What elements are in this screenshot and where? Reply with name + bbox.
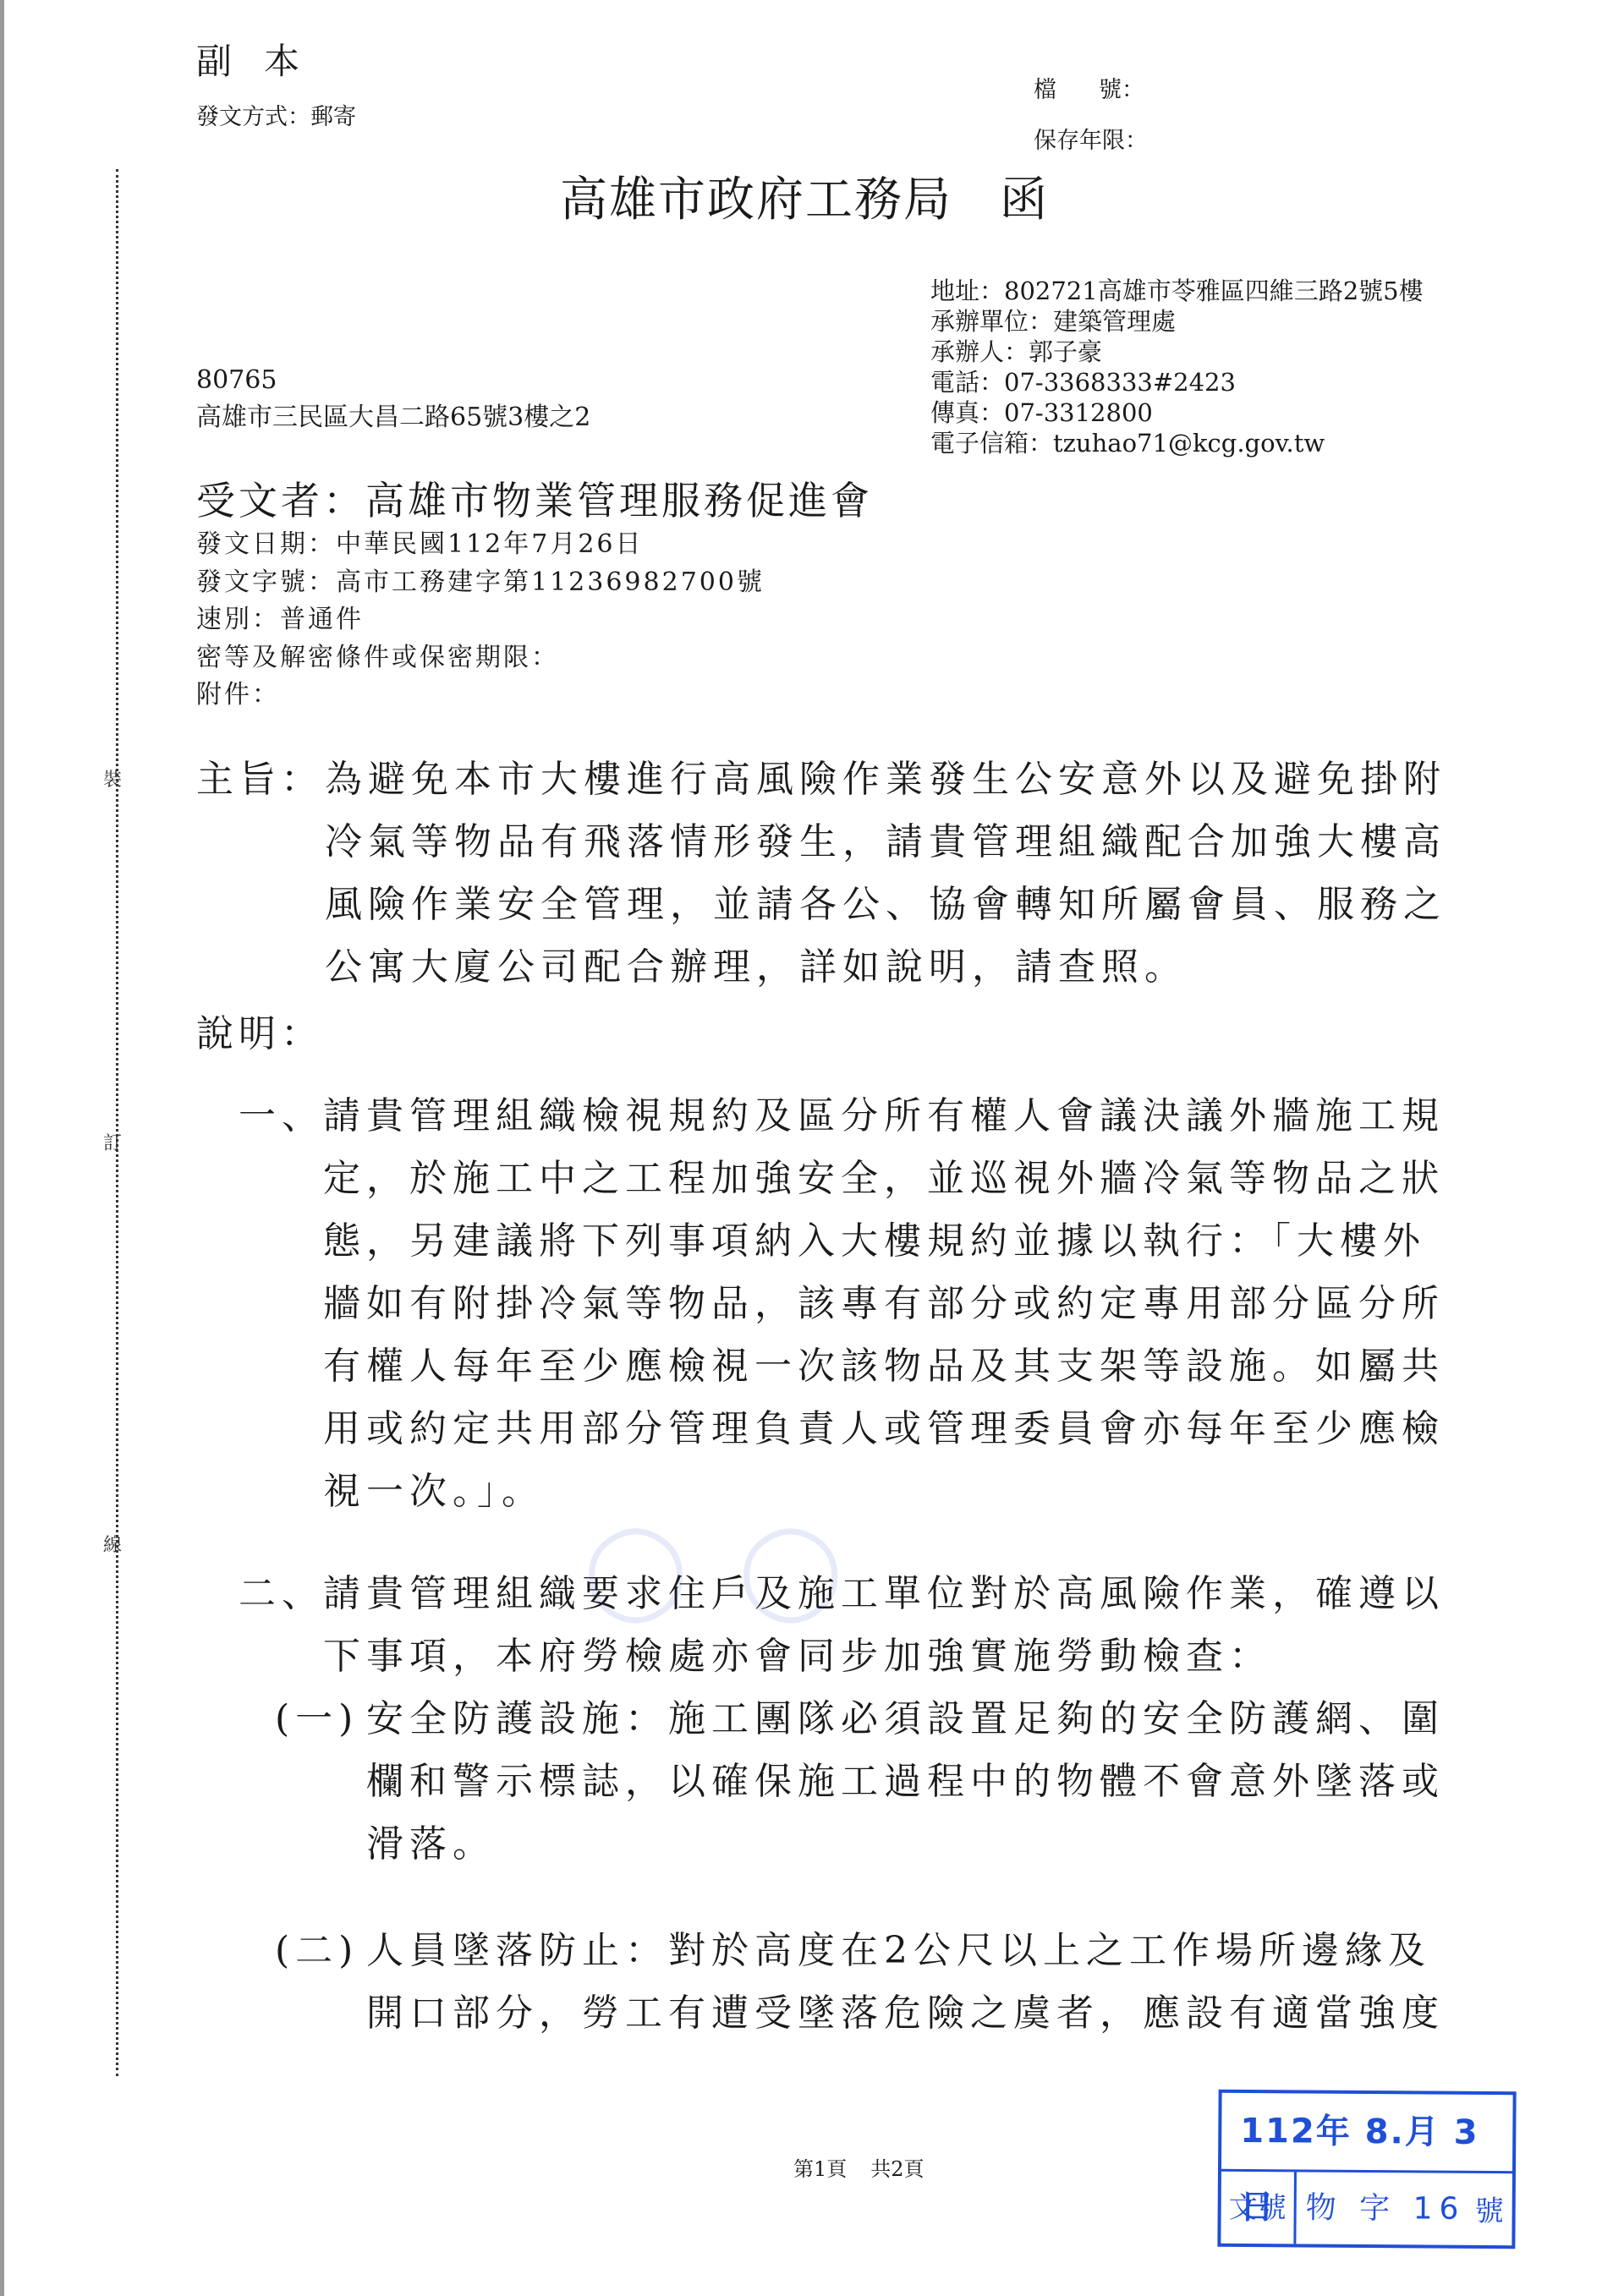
email: 電子信箱：tzuhao71@kcg.gov.tw [930,428,1424,458]
stamp-number: 物 字 16 [1305,2172,1465,2245]
copy-label: 副本 [196,34,332,85]
page-total: 共2頁 [870,2157,924,2181]
received-date-stamp: 112年 8.月 3日 文號 物 字 16 號 [1217,2090,1516,2249]
subitem-line: 開口部分，勞工有遭受墜落危險之虞者，應設有適當強度 [366,1982,1457,2045]
stamp-suffix: 號 [1474,2173,1504,2249]
subitem-line: 滑落。 [366,1813,1457,1876]
subitem-text: 人員墜落防止：對於高度在2公尺以上之工作場所邊緣及 開口部分，勞工有遭受墜落危險… [366,1920,1457,2045]
item-number: 二、 [239,1563,325,1625]
stamp-number-row: 文號 物 字 16 號 [1221,2172,1512,2245]
item-line: 請貴管理組織要求住戶及施工單位對於高風險作業，確遵以 [323,1563,1457,1625]
urgency: 速別：普通件 [196,601,765,639]
page-indicator: 第1頁共2頁 [793,2152,924,2182]
item-number: 一、 [239,1085,325,1148]
subject-line: 為避免本市大樓進行高風險作業發生公安意外以及避免掛附 [325,748,1624,811]
item-line: 牆如有附掛冷氣等物品，該專有部分或約定專用部分區分所 [323,1273,1457,1335]
item-text: 請貴管理組織檢視規約及區分所有權人會議決議外牆施工規 定，於施工中之工程加強安全… [323,1085,1457,1523]
item-text: 請貴管理組織要求住戶及施工單位對於高風險作業，確遵以 下事項，本府勞檢處亦會同步… [323,1563,1457,1688]
item-line: 下事項，本府勞檢處亦會同步加強實施勞動檢查： [323,1625,1457,1688]
binding-dotted-line [116,169,118,2076]
subitem-line: 欄和警示標誌，以確保施工過程中的物體不會意外墜落或 [366,1751,1457,1813]
item-line: 態，另建議將下列事項納入大樓規約並據以執行：「大樓外 [323,1210,1457,1273]
subitem-number: (二) [275,1920,359,1982]
subitem-text: 安全防護設施：施工團隊必須設置足夠的安全防護網、圍 欄和警示標誌，以確保施工過程… [366,1688,1457,1876]
document-meta: 發文日期：中華民國112年7月26日 發文字號：高市工務建字第112369827… [196,526,765,715]
explanation-heading: 說明： [196,1003,323,1057]
scan-edge [0,0,4,2296]
item-line: 視一次。」。 [323,1460,1457,1523]
subject-label: 主旨： [196,748,323,811]
item-line: 用或約定共用部分管理負責人或管理委員會亦每年至少應檢 [323,1398,1457,1460]
receiver-address: 高雄市三民區大昌二路65號3樓之2 [196,396,590,433]
margin-label-bind: 裝 [103,765,122,792]
page-current: 第1頁 [793,2157,847,2181]
file-number-label-a: 檔 [1034,77,1056,103]
handler-name: 承辦人：郭子豪 [930,337,1424,367]
send-method: 發文方式：郵寄 [196,98,356,131]
subject-line: 冷氣等物品有飛落情形發生，請貴管理組織配合加強大樓高 [325,811,1624,874]
item-line: 有權人每年至少應檢視一次該物品及其支架等設施。如屬共 [323,1335,1457,1398]
subject-body: 為避免本市大樓進行高風險作業發生公安意外以及避免掛附 冷氣等物品有飛落情形發生，… [325,748,1624,999]
retention-period-field: 保存年限： [1034,122,1148,155]
subitem-number: (一) [275,1688,359,1751]
subject-line: 風險作業安全管理，並請各公、協會轉知所屬會員、服務之 [325,874,1624,936]
document-type: 函 [1000,173,1049,227]
sender-contact-block: 地址：802721高雄市苓雅區四維三路2號5樓 承辦單位：建築管理處 承辦人：郭… [930,276,1424,458]
margin-label-line: 線 [103,1531,122,1557]
subject-line: 公寓大廈公司配合辦理，詳如說明，請查照。 [325,936,1624,999]
item-line: 請貴管理組織檢視規約及區分所有權人會議決議外牆施工規 [323,1085,1457,1148]
stamp-label: 文號 [1221,2172,1297,2244]
fax: 傳真：07-3312800 [930,397,1424,428]
file-number-label-b: 號： [1099,77,1144,103]
attachments: 附件： [196,677,765,715]
document-title: 高雄市政府工務局函 [560,162,1049,230]
document-number: 發文字號：高市工務建字第11236982700號 [196,564,765,602]
file-number-field: 檔號： [1034,71,1144,104]
item-line: 定，於施工中之工程加強安全，並巡視外牆冷氣等物品之狀 [323,1148,1457,1210]
handling-unit: 承辦單位：建築管理處 [930,306,1424,337]
issue-date: 發文日期：中華民國112年7月26日 [196,526,765,564]
stamp-date: 112年 8.月 3日 [1221,2093,1513,2173]
issuing-agency: 高雄市政府工務局 [560,173,952,227]
margin-label-staple: 訂 [103,1129,122,1155]
receiver-zip: 80765 [196,365,277,395]
sender-address: 地址：802721高雄市苓雅區四維三路2號5樓 [930,276,1424,306]
phone: 電話：07-3368333#2423 [930,367,1424,397]
subitem-line: 安全防護設施：施工團隊必須設置足夠的安全防護網、圍 [366,1688,1457,1751]
recipient: 受文者：高雄市物業管理服務促進會 [196,470,873,526]
subitem-line: 人員墜落防止：對於高度在2公尺以上之工作場所邊緣及 [366,1920,1457,1982]
classification: 密等及解密條件或保密期限： [196,639,765,677]
